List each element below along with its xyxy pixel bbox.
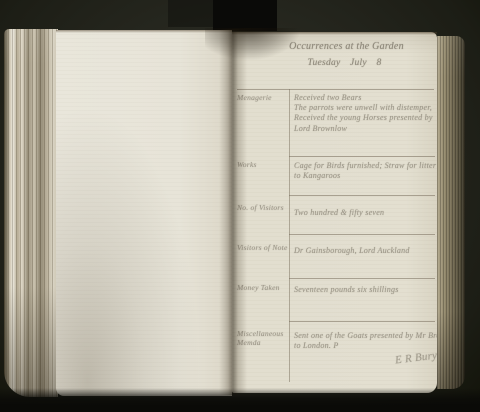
entry-line: to Kangaroos [294, 171, 436, 181]
entry-line: Dr Gainsborough, Lord Auckland [294, 246, 410, 256]
row-label: Works [237, 161, 288, 170]
row-rule [289, 195, 435, 196]
right-page-edges [437, 36, 465, 389]
row-entry: Two hundred & fifty seven [294, 208, 384, 218]
ledger-right-page: Occurrences at the Garden Tuesday July 8… [232, 32, 437, 393]
row-label: Visitors of Note [237, 244, 288, 253]
row-label: Miscellaneous Memda [237, 330, 288, 347]
entry-line: Cage for Birds furnished; Straw for litt… [294, 161, 436, 171]
row-rule [289, 234, 435, 235]
photo-of-open-ledger: Occurrences at the Garden Tuesday July 8… [0, 0, 480, 412]
book-clamp-shadow [168, 0, 215, 27]
row-entry: Sent one of the Goats presented by Mr Br… [294, 331, 450, 351]
table-column-divider [289, 89, 290, 382]
entry-line: The parrots were unwell with distemper, [294, 103, 433, 113]
table-top-rule [237, 89, 434, 90]
page-date: Tuesday July 8 [232, 58, 437, 68]
keeper-signature: E R Bury [394, 349, 437, 366]
row-rule [289, 278, 435, 279]
entry-line: Seventeen pounds six shillings [294, 285, 399, 295]
book-clamp [213, 0, 277, 31]
row-rule [289, 156, 435, 157]
entry-line: Sent one of the Goats presented by Mr Br… [294, 331, 450, 341]
table-surface-shadow [0, 388, 480, 412]
entry-line: Received two Bears [294, 93, 433, 103]
row-entry: Received two Bears The parrots were unwe… [294, 93, 433, 134]
entry-line: Received the young Horses presented by [294, 113, 433, 123]
page-title: Occurrences at the Garden [232, 41, 437, 52]
row-entry: Seventeen pounds six shillings [294, 285, 399, 295]
entry-line: Lord Brownlow [294, 124, 433, 134]
row-entry: Cage for Birds furnished; Straw for litt… [294, 161, 436, 181]
row-entry: Dr Gainsborough, Lord Auckland [294, 246, 410, 256]
row-label: No. of Visitors [237, 204, 291, 213]
row-label: Menagerie [237, 94, 288, 103]
entry-line: Two hundred & fifty seven [294, 208, 384, 218]
blank-left-page [56, 30, 232, 396]
row-rule [289, 321, 435, 322]
left-page-edges [4, 29, 58, 397]
row-label: Money Taken [237, 284, 288, 293]
